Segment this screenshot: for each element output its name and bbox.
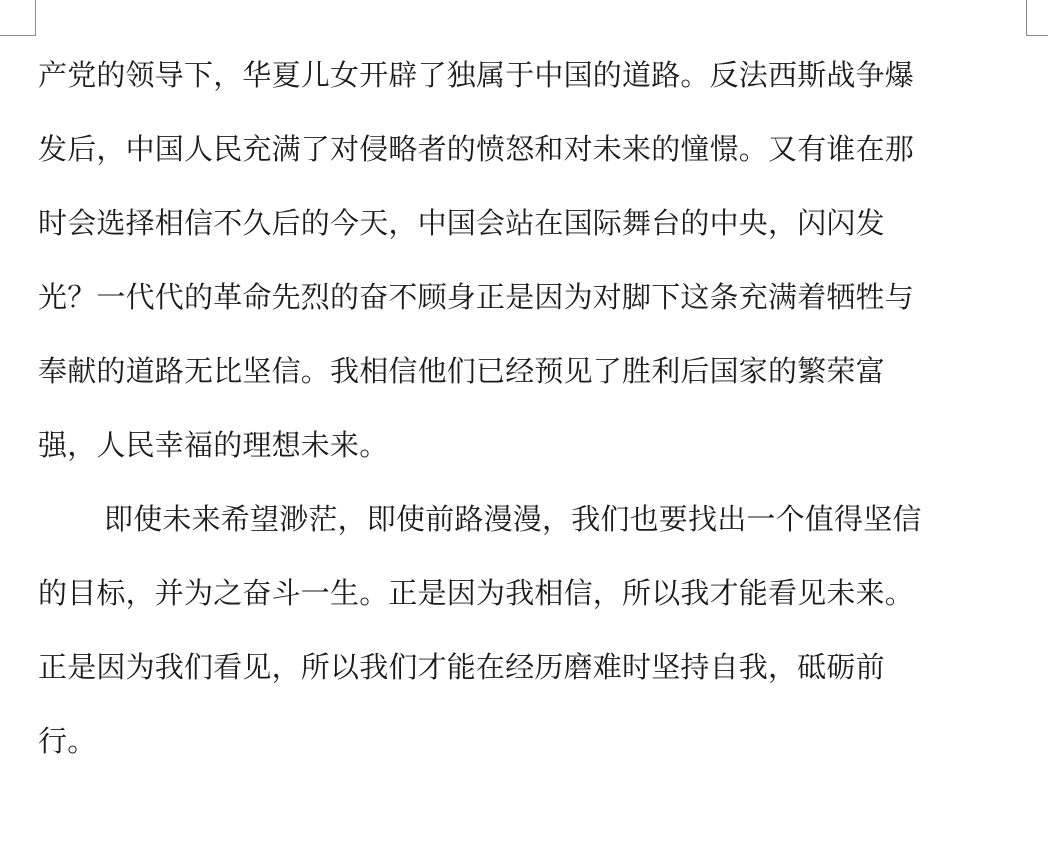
document-body: 产党的领导下，华夏儿女开辟了独属于中国的道路。反法西斯战争爆 发后，中国人民充满…	[38, 52, 1008, 792]
text-line: 正是因为我们看见，所以我们才能在经历磨难时坚持自我，砥砺前	[38, 644, 1008, 718]
text-line: 强，人民幸福的理想未来。	[38, 422, 1008, 496]
text-line: 光？一代代的革命先烈的奋不顾身正是因为对脚下这条充满着牺牲与	[38, 274, 1008, 348]
top-left-crop-mark	[0, 0, 36, 36]
paragraph-1: 产党的领导下，华夏儿女开辟了独属于中国的道路。反法西斯战争爆 发后，中国人民充满…	[38, 52, 1008, 496]
paragraph-2: 即使未来希望渺茫，即使前路漫漫，我们也要找出一个值得坚信 的目标，并为之奋斗一生…	[38, 496, 1008, 792]
text-line-indented: 即使未来希望渺茫，即使前路漫漫，我们也要找出一个值得坚信	[38, 496, 1008, 570]
text-line: 奉献的道路无比坚信。我相信他们已经预见了胜利后国家的繁荣富	[38, 348, 1008, 422]
top-right-crop-mark	[1026, 0, 1048, 36]
text-line: 时会选择相信不久后的今天，中国会站在国际舞台的中央，闪闪发	[38, 200, 1008, 274]
text-line: 发后，中国人民充满了对侵略者的愤怒和对未来的憧憬。又有谁在那	[38, 126, 1008, 200]
text-line: 的目标，并为之奋斗一生。正是因为我相信，所以我才能看见未来。	[38, 570, 1008, 644]
text-line: 产党的领导下，华夏儿女开辟了独属于中国的道路。反法西斯战争爆	[38, 52, 1008, 126]
text-line: 行。	[38, 718, 1008, 792]
